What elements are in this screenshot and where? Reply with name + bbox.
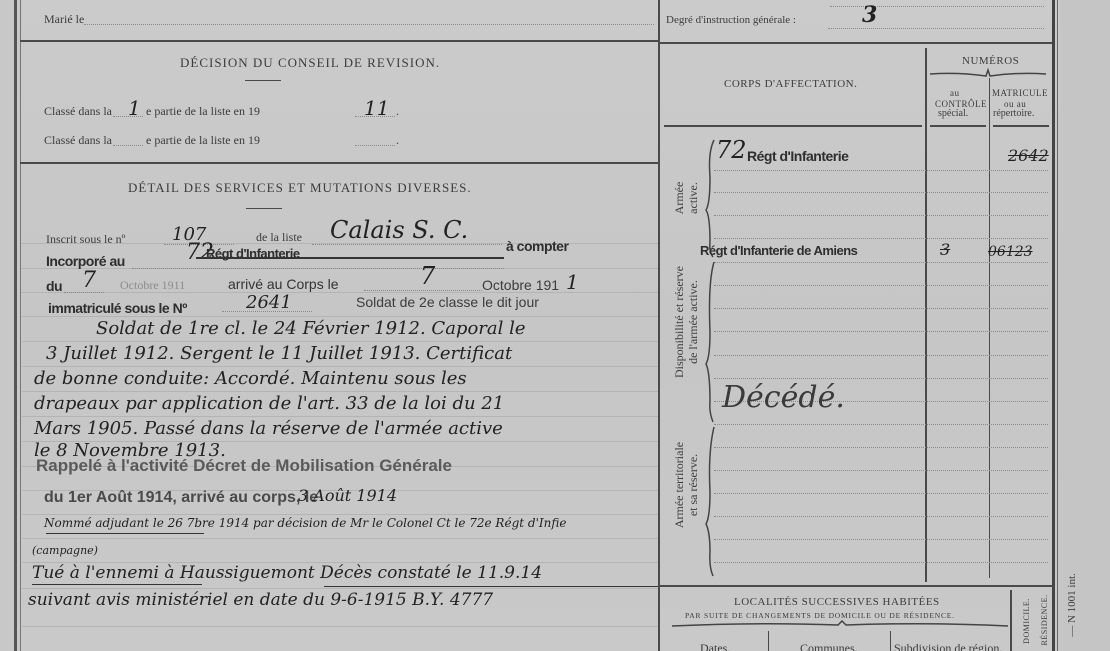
matricule-header: répertoire. <box>993 108 1034 119</box>
column-header-dates: Dates. <box>700 641 730 651</box>
rule-line <box>22 341 658 342</box>
table-row-line <box>714 562 1048 563</box>
degre-instruction-label: Degré d'instruction générale : <box>666 14 796 26</box>
section-divider <box>660 42 1052 44</box>
underline <box>32 584 202 585</box>
table-row-line <box>714 308 1048 309</box>
liste-label: de la liste <box>256 230 302 245</box>
table-divider <box>890 631 891 651</box>
deces-line: Tué à l'ennemi à Haussiguemont Décès con… <box>32 563 542 583</box>
column-header-communes: Communes. <box>800 641 858 651</box>
localites-subtitle: PAR SUITE DE CHANGEMENTS DE DOMICILE OU … <box>685 611 955 620</box>
table-row-line <box>714 285 1048 286</box>
rule-line <box>22 538 658 539</box>
form-number: — N 1001 int. <box>1065 560 1079 650</box>
year-field-2 <box>355 145 395 146</box>
underline <box>46 533 204 534</box>
marie-field <box>84 24 654 25</box>
section-label-disponibilite: Disponibilité et réserve de l'armée acti… <box>672 242 700 402</box>
controle-value: 3 <box>940 240 950 259</box>
title-rule <box>245 80 281 81</box>
inscrit-label: Inscrit sous le nº <box>46 232 125 247</box>
table-row-line <box>714 539 1048 540</box>
rule-line <box>22 292 658 293</box>
handwritten-line: drapeaux par application de l'art. 33 de… <box>34 393 504 414</box>
strike-line <box>196 257 504 259</box>
nomme-line-continued: (campagne) <box>32 544 98 557</box>
table-row-line <box>714 355 1048 356</box>
classe-label-2: Classé dans la <box>44 133 112 148</box>
corps-value: Régt d'Infanterie de Amiens <box>700 243 857 258</box>
localites-title: LOCALITÉS SUCCESSIVES HABITÉES <box>734 596 940 608</box>
residence-label: RÉSIDENCE. <box>1038 592 1052 648</box>
column-header-subdivision: Subdivision de région. <box>894 641 1002 651</box>
controle-header: au <box>950 88 960 98</box>
table-row-line <box>714 170 1048 171</box>
table-row-line <box>714 447 1048 448</box>
header-underline <box>993 125 1049 127</box>
section-label-line: de l'armée active. <box>686 242 700 402</box>
services-title: DÉTAIL DES SERVICES ET MUTATIONS DIVERSE… <box>128 180 472 196</box>
section-label-line: active. <box>686 166 700 230</box>
rule-line <box>22 626 658 627</box>
header-underline <box>664 125 922 127</box>
du-faded-date: Octobre 1911 <box>120 278 185 293</box>
right-border <box>1052 0 1055 651</box>
corps-number: 72 <box>716 136 747 164</box>
handwritten-line: Soldat de 1re cl. le 24 Février 1912. Ca… <box>96 318 526 339</box>
rule-line <box>22 391 658 392</box>
classe-middle-1: e partie de la liste en 19 <box>146 104 260 119</box>
arrive-field <box>364 290 482 291</box>
arrive-label: arrivé au Corps le <box>228 276 339 292</box>
left-border-inner <box>20 0 21 651</box>
rule-line <box>22 588 658 589</box>
rule-line <box>22 366 658 367</box>
degre-instruction-value: 3 <box>862 2 877 28</box>
conseil-title: DÉCISION DU CONSEIL DE REVISION. <box>180 55 440 71</box>
right-margin <box>1060 0 1110 651</box>
partie-value-1: 1 <box>128 96 141 120</box>
arrive-year-digit: 1 <box>566 270 579 294</box>
classe-label-1: Classé dans la <box>44 104 112 119</box>
rappel-stamp: Rappelé à l'activité Décret de Mobilisat… <box>36 456 452 476</box>
table-divider <box>768 631 769 651</box>
table-row-line <box>714 378 1048 379</box>
left-border <box>14 0 17 651</box>
section-label-line: Armée territoriale <box>672 420 686 550</box>
rule-line <box>22 316 658 317</box>
header-underline <box>930 125 986 127</box>
incorpore-field <box>132 268 504 269</box>
marie-label: Marié le <box>44 12 84 27</box>
arrive-month-year: Octobre 191 <box>482 277 559 293</box>
classe-middle-2: e partie de la liste en 19 <box>146 133 260 148</box>
numeros-header: NUMÉROS <box>962 55 1019 67</box>
registry-page: Marié le DÉCISION DU CONSEIL DE REVISION… <box>0 0 1110 651</box>
nomme-line: Nommé adjudant le 26 7bre 1914 par décis… <box>44 516 566 530</box>
section-label-line: et sa réserve. <box>686 420 700 550</box>
handwritten-line: de bonne conduite: Accordé. Maintenu sou… <box>34 368 467 389</box>
rappel-date: 3 Août 1914 <box>298 486 397 505</box>
section-divider <box>660 585 1052 587</box>
immatricule-value: 2641 <box>246 292 292 313</box>
arrive-day: 7 <box>420 262 435 290</box>
table-row-line <box>714 516 1048 517</box>
section-label-line: Disponibilité et réserve <box>672 242 686 402</box>
brace-icon <box>670 620 1010 630</box>
brace-icon <box>928 68 1048 80</box>
liste-field <box>312 244 502 245</box>
rule-line <box>22 416 658 417</box>
table-divider <box>925 48 927 582</box>
controle-header: spécial. <box>938 108 968 119</box>
rule-line <box>22 514 658 515</box>
domicile-label: DOMICILE. <box>1020 596 1034 646</box>
decede-stamp: Décédé. <box>722 380 845 415</box>
section-label-armee-active: Armée active. <box>672 166 700 230</box>
table-row-line <box>714 493 1048 494</box>
table-divider <box>989 78 990 578</box>
soldat-text: Soldat de 2e classe le dit jour <box>356 294 539 310</box>
degre-instruction-field <box>828 28 1044 29</box>
liste-value: Calais S. C. <box>330 216 468 244</box>
corps-header: CORPS D'AFFECTATION. <box>724 78 857 90</box>
incorpore-label: Incorporé au <box>46 253 125 269</box>
table-row-line <box>714 215 1048 216</box>
du-day: 7 <box>82 268 96 293</box>
underline <box>324 586 658 587</box>
section-divider <box>20 162 658 164</box>
table-row-line <box>714 331 1048 332</box>
section-label-line: Armée <box>672 166 686 230</box>
title-rule <box>246 208 282 209</box>
table-divider <box>1010 590 1012 651</box>
partie-field-2 <box>113 145 143 146</box>
suffix-2: . <box>396 133 399 148</box>
suffix-1: . <box>396 104 399 119</box>
du-label: du <box>46 278 62 294</box>
a-compter-label: à compter <box>506 238 568 254</box>
column-divider <box>658 0 660 651</box>
table-row-line <box>714 470 1048 471</box>
rappel-arrival: du 1er Août 1914, arrivé au corps, le <box>44 489 318 507</box>
avis-ministeriel-line: suivant avis ministériel en date du 9-6-… <box>28 590 493 610</box>
handwritten-line: Mars 1905. Passé dans la réserve de l'ar… <box>34 418 503 439</box>
matricule-header: MATRICULE <box>992 88 1048 98</box>
table-row-line <box>714 238 1048 239</box>
handwritten-line: 3 Juillet 1912. Sergent le 11 Juillet 19… <box>46 343 512 364</box>
table-row-line <box>714 424 1048 425</box>
corps-value: Régt d'Infanterie <box>747 148 848 164</box>
section-label-territoriale: Armée territoriale et sa réserve. <box>672 420 700 550</box>
right-border-inner <box>1057 0 1058 651</box>
table-row-line <box>714 262 1048 263</box>
table-row-line <box>714 192 1048 193</box>
brace-icon <box>704 132 718 582</box>
year-value-1: 11 <box>364 96 389 120</box>
matricule-value: 06123 <box>988 244 1033 260</box>
matricule-value: 2642 <box>1008 146 1049 165</box>
section-divider <box>20 40 658 42</box>
immatricule-label: immatriculé sous le Nº <box>48 300 187 316</box>
